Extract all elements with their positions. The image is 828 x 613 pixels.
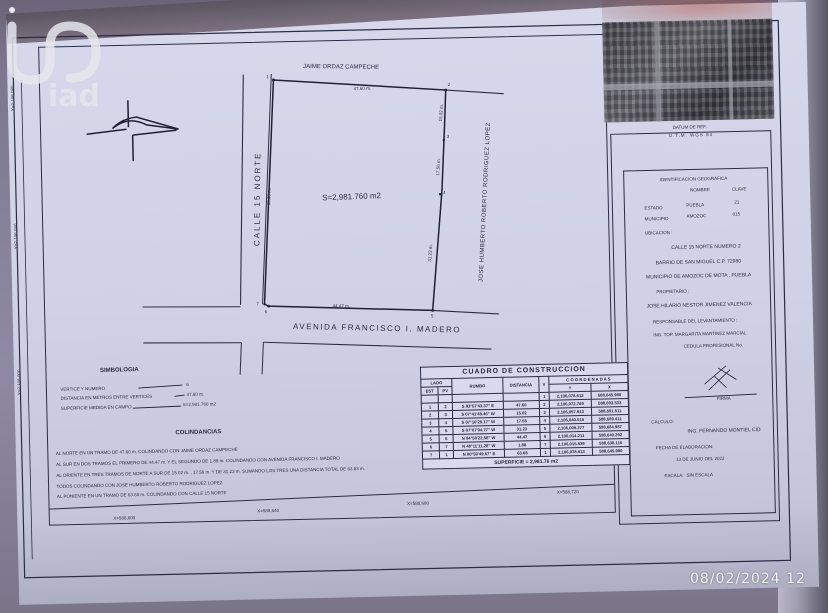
estado-clave: 21 xyxy=(734,199,739,204)
colindancias-title: COLINDANCIAS xyxy=(175,429,221,436)
vertex-2: 2 xyxy=(448,82,451,87)
ubicacion-label: UBICACION : xyxy=(645,230,673,236)
simbologia-sample-vertex: 6 xyxy=(186,382,189,387)
vertex-1: 1 xyxy=(266,74,269,79)
aerial-location-photo xyxy=(602,19,774,123)
escala-label: ESCALA: xyxy=(664,473,683,478)
photo-timestamp: 08/02/2024 12 xyxy=(690,571,806,587)
vertex-6: 6 xyxy=(265,309,268,314)
vertex-5: 5 xyxy=(431,313,434,318)
street-north-label: JAIME ORDAZ CAMPECHE xyxy=(303,64,379,71)
cell-v: 1 xyxy=(540,448,550,456)
iad-logo-icon: iad xyxy=(0,0,110,110)
survey-plan-sheet: JAIME ORDAZ CAMPECHE CALLE 15 NORTE AVEN… xyxy=(6,2,819,605)
simbologia-sample-area: S=2,981.760 m2 xyxy=(183,401,216,407)
iad-wordmark: iad xyxy=(48,79,100,110)
cell-v: 4 xyxy=(540,416,550,424)
utm-label: U.T.M. WGS 84 xyxy=(669,132,713,138)
municipio-clave: 015 xyxy=(733,211,741,216)
dim-south: 44.47 m. xyxy=(333,303,351,308)
col-rumbo: RUMBO xyxy=(452,377,503,394)
datum-label: DATUM DE REF. xyxy=(673,124,707,130)
simbologia-title: SIMBOLOGIA xyxy=(100,367,139,374)
municipio-label: MUNICIPIO xyxy=(645,216,669,222)
vertex-3: 3 xyxy=(447,134,450,139)
vertex-7: 7 xyxy=(256,301,259,306)
dim-west: 63.68 m. xyxy=(266,188,272,206)
col-distancia: DISTANCIA xyxy=(503,377,539,394)
signature-icon xyxy=(684,365,757,398)
calculo-label: CALCULO: xyxy=(651,419,674,425)
cell-v: 6 xyxy=(540,432,550,440)
geo-col-clave: CLAVE xyxy=(732,186,747,191)
grid-x-3: X=588,680 xyxy=(407,501,429,506)
cell-v: 2 xyxy=(539,400,549,408)
escala-value: SIN ESCALA xyxy=(686,472,713,478)
cell-v: 3 xyxy=(539,408,549,416)
grid-y-mid: Y=2,106,040 xyxy=(13,223,19,249)
estado-value: PUEBLA xyxy=(686,202,704,207)
grid-x-4: X=588,720 xyxy=(557,489,579,494)
simbologia-item-vertex: VERTICE Y NUMERO xyxy=(60,386,105,392)
simbologia-sample-distance: 47.60 m. xyxy=(186,392,204,397)
grid-x-1: X=588,600 xyxy=(113,515,135,520)
construction-table: CUADRO DE CONSTRUCCION LADO RUMBO DISTAN… xyxy=(420,362,630,470)
geo-col-nombre: NOMBRE xyxy=(690,187,710,192)
estado-label: ESTADO xyxy=(644,205,662,210)
col-v: V xyxy=(539,376,550,392)
cell-v: 5 xyxy=(540,424,550,432)
dim-north: 47.60 m. xyxy=(354,86,372,91)
municipio-value: AMOZOC xyxy=(687,213,707,218)
grid-x-2: X=588,640 xyxy=(257,508,279,513)
street-west-label: CALLE 15 NORTE xyxy=(252,152,262,247)
firma-label: FIRMA xyxy=(717,396,731,401)
cell-v: 7 xyxy=(540,440,550,448)
propietario-label: PROPIETARIO : xyxy=(656,289,689,295)
vertex-4: 4 xyxy=(443,190,446,195)
grid-y-bottom: Y=2,106,000 xyxy=(16,369,22,395)
